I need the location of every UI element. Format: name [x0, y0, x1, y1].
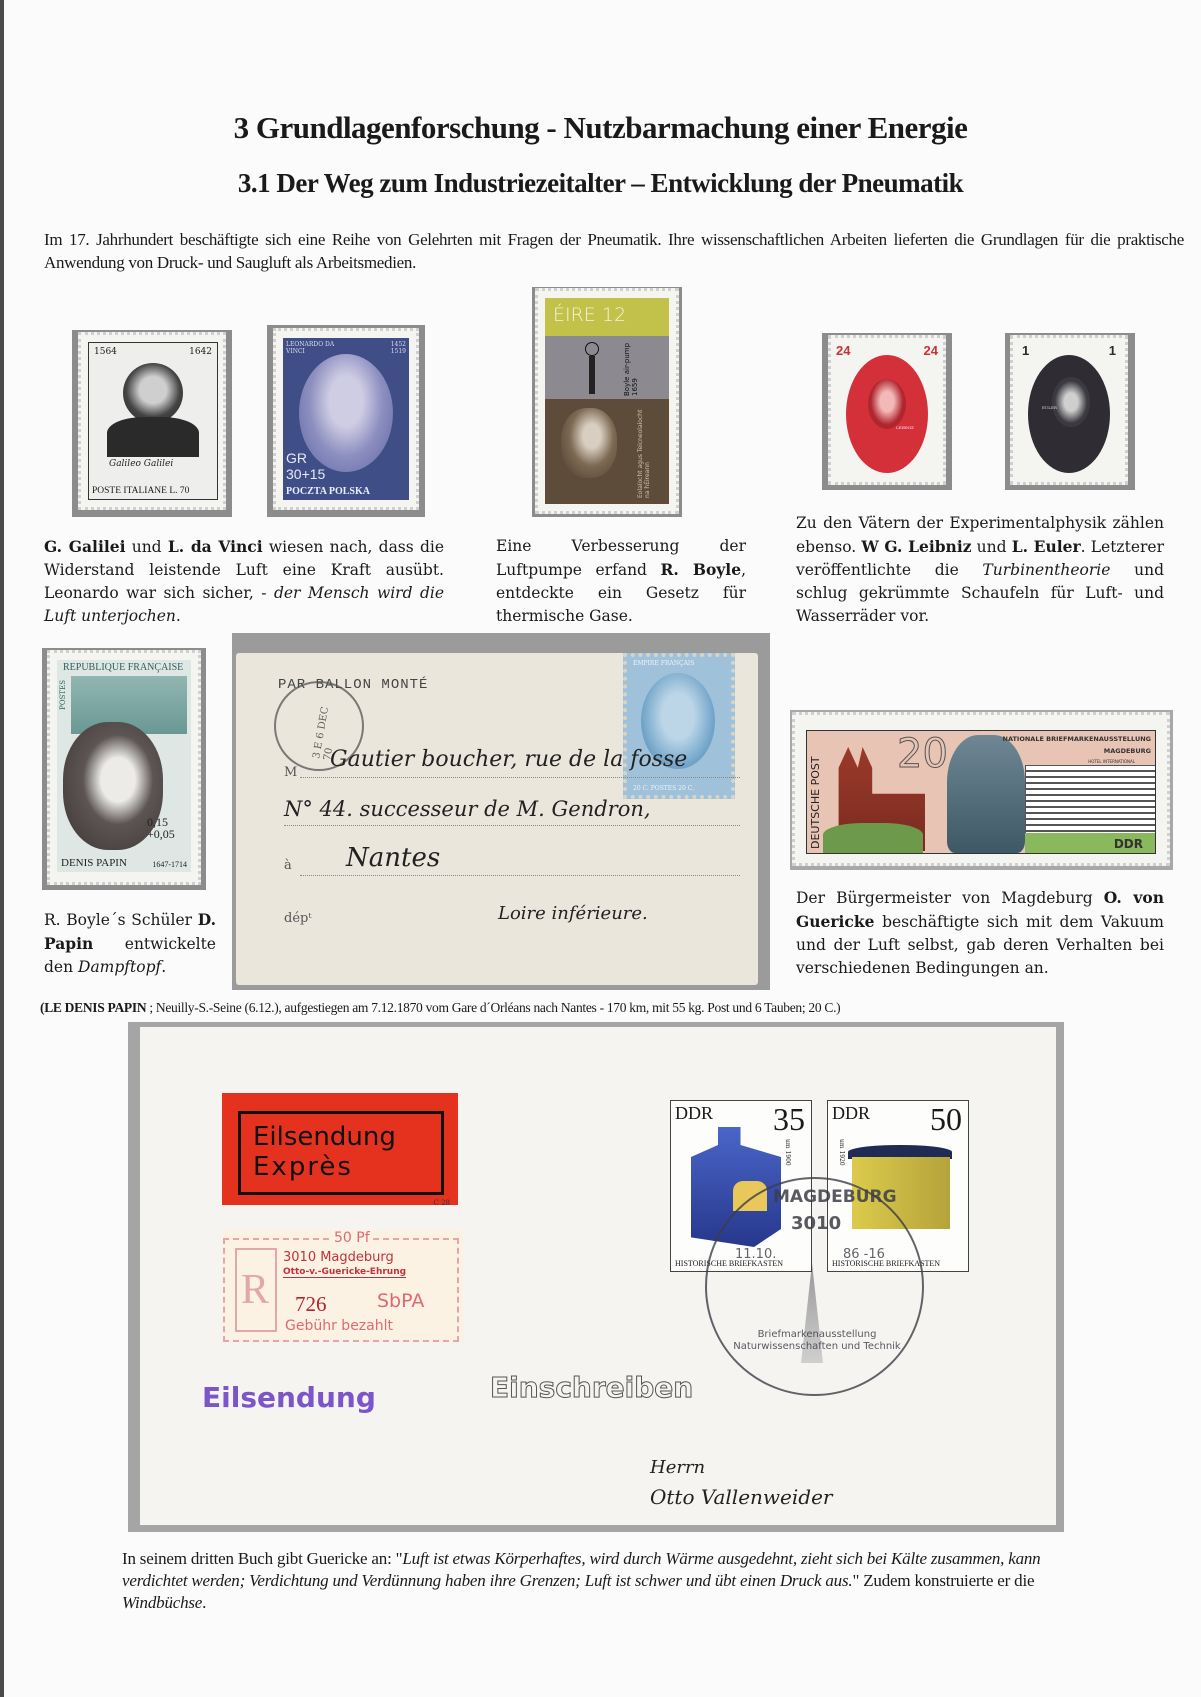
guericke-statue: [947, 735, 1025, 853]
stamp-year: um 1920: [838, 1139, 845, 1166]
address-line-1: Gautier boucher, rue de la fosse: [330, 747, 687, 772]
registration-office: 3010 Magdeburg: [283, 1250, 394, 1265]
euler-portrait: [1052, 377, 1090, 427]
stamp-value: 20: [897, 731, 948, 777]
recipient-line-1: Herrn: [650, 1457, 705, 1478]
stamp-galilei: 1564 1642 Galileo Galilei POSTE ITALIANE…: [78, 332, 226, 510]
stamp-value: 50: [930, 1101, 962, 1138]
caption-guericke: Der Bürgermeister von Magdeburg O. von G…: [796, 886, 1164, 980]
stamp-name: LEONARDO DA VINCI: [286, 341, 346, 355]
registration-event: Otto-v.-Guericke-Ehrung: [283, 1267, 406, 1278]
leibniz-portrait: [868, 379, 906, 429]
stamp-country: POSTE ITALIANE L. 70: [92, 486, 189, 496]
cancel-ring-text: Briefmarkenausstellung Naturwissenschaft…: [727, 1329, 907, 1353]
stamp-boyle: ÉIRE 12 Boyle air-pump 1659 Eolaíocht ag…: [535, 288, 679, 514]
cancellation-stamp: MAGDEBURG 3010 11.10. 86 -16 Briefmarken…: [705, 1177, 924, 1396]
trees: [823, 823, 923, 853]
recipient-line-2: Otto Vallenweider: [650, 1485, 832, 1509]
caption-boyle: Eine Verbesserung der Luftpumpe erfand R…: [496, 535, 746, 628]
stamp-years-right: 1642: [189, 347, 212, 357]
caption-papin: R. Boyle´s Schüler D. Papin entwickelte …: [44, 908, 216, 979]
stamp-value: 0,15 +0,05: [147, 816, 187, 840]
label-a: à: [284, 858, 292, 873]
stamp-country: DDR: [675, 1103, 713, 1124]
stamp-papin: REPUBLIQUE FRANÇAISE POSTES 0,15 +0,05 D…: [47, 650, 201, 885]
stamp-year: um 1900: [784, 1139, 791, 1166]
stamp-value-left: 24: [836, 343, 850, 358]
airpump-icon: [585, 342, 599, 356]
stamp-value-right: 1: [1109, 343, 1116, 358]
stamp-side-text: DEUTSCHE POST: [809, 735, 822, 849]
galilei-robe: [107, 417, 199, 457]
registration-paid: Gebühr bezahlt: [285, 1318, 393, 1334]
stamp-name: EULER: [1042, 405, 1057, 410]
cancel-date-right: 86 -16: [843, 1247, 885, 1262]
stamp-country: POCZTA POLSKA: [286, 486, 370, 497]
stamp-years: 1647-1714: [152, 860, 187, 869]
stamp-value: GR 30+15: [286, 450, 336, 482]
stamp-name: LEIBNIZ: [896, 425, 914, 430]
airpump-band: Boyle air-pump 1659: [545, 336, 669, 399]
caption-galilei-vinci: G. Galilei und L. da Vinci wiesen nach, …: [44, 535, 444, 628]
cancel-city: MAGDEBURG: [773, 1187, 897, 1207]
galilei-portrait: [123, 363, 183, 423]
address-line-3: Nantes: [346, 843, 440, 873]
stamp-euler: 1 1 EULER: [1010, 335, 1128, 485]
stamp-years-left: 1564: [94, 347, 117, 357]
stamp-value: 35: [773, 1101, 805, 1138]
registration-code: SbPA: [377, 1290, 424, 1312]
leibniz-oval: LEIBNIZ: [846, 355, 928, 473]
address-line-4: Loire inférieure.: [498, 903, 648, 924]
registration-fee: 50 Pf: [331, 1230, 373, 1246]
stamp-name: DENIS PAPIN: [61, 857, 127, 869]
stamp-leibniz: 24 24 LEIBNIZ: [828, 335, 946, 485]
address-line-2: N° 44. successeur de M. Gendron,: [284, 797, 651, 821]
stamp-label: Boyle air-pump 1659: [623, 340, 663, 396]
express-label: Eilsendung Exprès C 28: [222, 1093, 458, 1205]
cancel-zip: 3010: [791, 1213, 841, 1234]
intro-paragraph: Im 17. Jahrhundert beschäftigte sich ein…: [44, 228, 1184, 274]
express-code: C 28: [434, 1199, 451, 1207]
guericke-quote: In seinem dritten Buch gibt Guericke an:…: [122, 1548, 1082, 1614]
stamp-bottom-text: 20 C. POSTES 20 C.: [633, 785, 694, 792]
hotel-building: [1025, 765, 1156, 835]
euler-oval: EULER: [1028, 355, 1110, 473]
stamp-country: DDR: [1114, 837, 1143, 851]
boyle-portrait: [561, 408, 617, 478]
label-dept: dépᵗ: [284, 911, 312, 926]
page-title: 3 Grundlagenforschung - Nutzbarmachung e…: [0, 110, 1201, 146]
eire-header: ÉIRE 12: [545, 298, 669, 336]
stamp-signature: Galileo Galilei: [109, 459, 173, 469]
cancel-date-left: 11.10.: [735, 1247, 776, 1262]
express-line-2: Exprès: [253, 1152, 353, 1182]
stamp-value-left: 1: [1022, 343, 1029, 358]
registration-label: 50 Pf R 3010 Magdeburg Otto-v.-Guericke-…: [223, 1230, 463, 1342]
stamp-country: REPUBLIQUE FRANÇAISE: [63, 662, 183, 673]
registration-letter: R: [241, 1266, 269, 1314]
balloon-letter: PAR BALLON MONTÉ 3 E 6 DEC 70 EMPIRE FRA…: [236, 653, 758, 985]
stamp-country: ÉIRE 12: [553, 304, 626, 326]
stamp-top-text: EMPIRE FRANÇAIS: [633, 660, 694, 667]
stamp-country: DDR: [832, 1103, 870, 1124]
stamp-years: 1452 1519: [382, 341, 406, 355]
stamp-irish-text: Eolaíocht agus Teicneolaíocht na hÉirean…: [637, 406, 665, 498]
stamp-eilsendung: Eilsendung: [202, 1381, 376, 1414]
registration-number: 726: [295, 1292, 327, 1317]
stamp-hotel: HOTEL INTERNATIONAL: [1088, 759, 1135, 764]
registered-cover: Eilsendung Exprès C 28 50 Pf R 3010 Magd…: [140, 1027, 1056, 1525]
scan-edge: [0, 0, 4, 1697]
label-m: M: [284, 765, 297, 780]
stamp-davinci: LEONARDO DA VINCI 1452 1519 GR 30+15 POC…: [273, 328, 419, 510]
stamp-city: MAGDEBURG: [1104, 747, 1151, 755]
stamp-einschreiben: Einschreiben: [490, 1371, 693, 1404]
balloon-note: (LE DENIS PAPIN ; Neuilly-S.-Seine (6.12…: [40, 1000, 1150, 1016]
stamp-headline: NATIONALE BRIEFMARKENAUSSTELLUNG: [1003, 735, 1152, 743]
stamp-side-text: POSTES: [59, 680, 67, 710]
stamp-guericke: DEUTSCHE POST 20 NATIONALE BRIEFMARKENAU…: [792, 712, 1170, 866]
stamp-value-right: 24: [924, 343, 938, 358]
express-line-1: Eilsendung: [253, 1122, 396, 1152]
caption-leibniz-euler: Zu den Vätern der Experimentalphysik zäh…: [796, 512, 1164, 628]
section-title: 3.1 Der Weg zum Industriezeitalter – Ent…: [0, 168, 1201, 199]
